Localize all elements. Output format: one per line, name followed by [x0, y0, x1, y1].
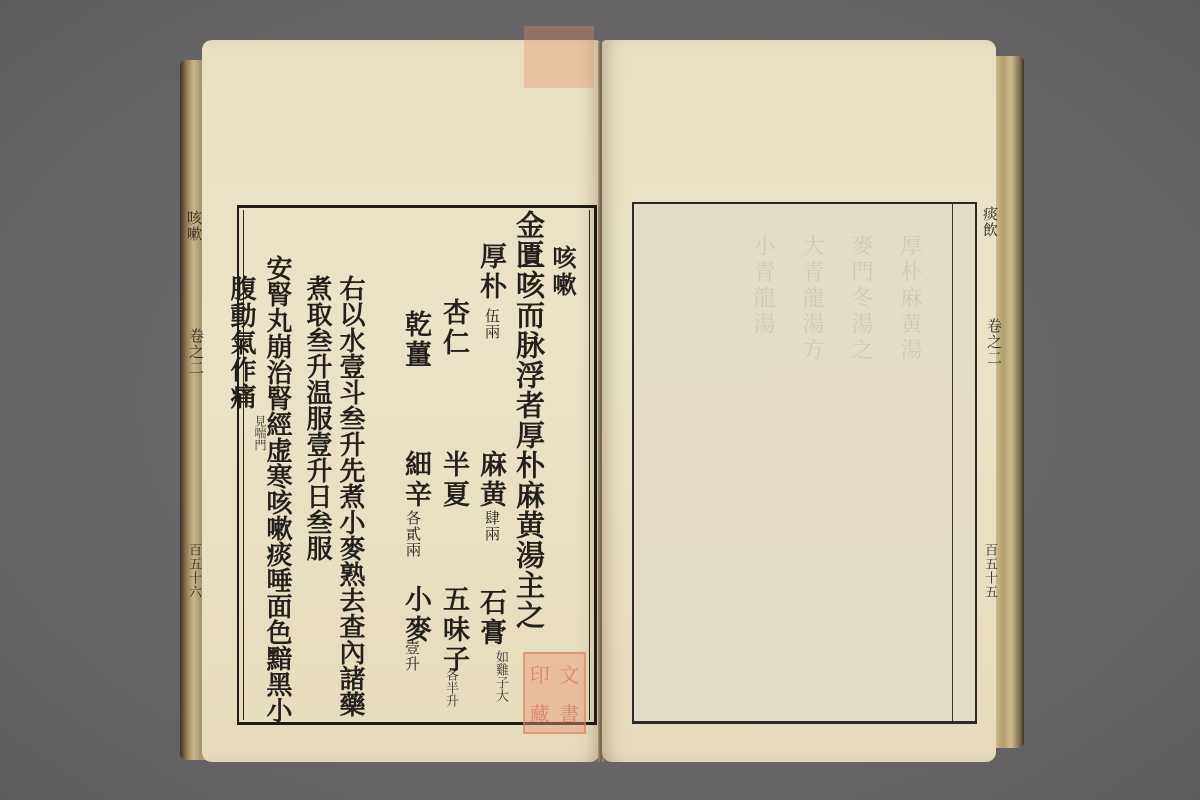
- text-column: 右以水壹斗叁升先煮小麥熟去查內諸藥: [337, 275, 363, 717]
- open-book: 咳嗽 金匱咳而脉浮者厚朴麻黄湯主之 厚朴 伍兩 麻黄 肆兩 石膏 如雞子大 杏仁…: [180, 38, 1030, 763]
- herb-dose: 如雞子大: [494, 650, 507, 702]
- herb-name: 半夏: [440, 450, 467, 510]
- herb-name: 石膏: [477, 588, 504, 648]
- right-page: 厚朴麻黄湯 麥門冬湯之 大青龍湯方 小青龍湯: [602, 40, 996, 762]
- fore-edge-section-label: 咳嗽: [184, 210, 205, 242]
- text-column: 腹動氣作痛: [228, 275, 254, 410]
- show-through-text: 厚朴麻黄湯 麥門冬湯之 大青龍湯方 小青龍湯: [634, 204, 975, 721]
- collector-seal-stamp: 印文藏書: [523, 652, 586, 734]
- herb-dose: 各半升: [444, 668, 457, 707]
- fore-edge-volume-label: 卷之二: [186, 328, 207, 376]
- text-column-title: 金匱咳而脉浮者厚朴麻黄湯主之: [514, 210, 543, 630]
- text-column: 安腎丸崩治腎經虚寒咳嗽痰唾面色黯黑小: [264, 255, 290, 723]
- herb-dose: 肆兩: [484, 510, 499, 542]
- herb-dose: 壹升: [404, 640, 419, 672]
- right-page-block-edge: [992, 56, 1024, 748]
- printed-frame: 厚朴麻黄湯 麥門冬湯之 大青龍湯方 小青龍湯: [632, 202, 977, 724]
- frame-rule: [589, 210, 590, 720]
- herb-name: 杏仁: [440, 298, 467, 358]
- herb-name: 小麥: [402, 585, 429, 645]
- herb-dose: 各貳兩: [405, 510, 420, 558]
- left-page: 咳嗽 金匱咳而脉浮者厚朴麻黄湯主之 厚朴 伍兩 麻黄 肆兩 石膏 如雞子大 杏仁…: [202, 40, 600, 762]
- fore-edge-page-number: 百五十五: [980, 543, 999, 599]
- herb-name: 細辛: [402, 450, 429, 510]
- cross-reference-note: 見喘門: [254, 415, 266, 451]
- section-heading: 咳嗽: [550, 245, 574, 299]
- fore-edge-section-label: 痰飲: [980, 206, 1001, 238]
- seal-stamp-faded: [524, 26, 594, 88]
- herb-name: 麻黄: [477, 450, 504, 510]
- fore-edge-volume-label: 卷之二: [984, 318, 1005, 366]
- herb-name: 厚朴: [477, 242, 504, 302]
- text-column: 煮取叁升温服壹升日叁服: [304, 275, 330, 561]
- herb-name: 乾薑: [402, 310, 429, 370]
- herb-name: 五味子: [440, 585, 467, 675]
- fore-edge-page-number: 百五十六: [184, 543, 203, 599]
- herb-dose: 伍兩: [484, 308, 499, 340]
